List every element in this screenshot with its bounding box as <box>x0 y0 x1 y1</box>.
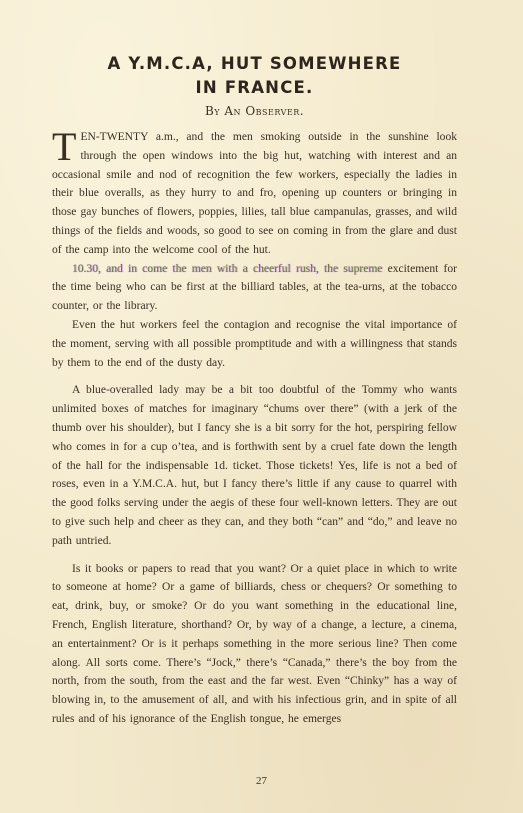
title-line-1: A Y.M.C.A, HUT SOMEWHERE <box>107 54 401 73</box>
byline: By An Observer. <box>52 104 457 118</box>
article-title: A Y.M.C.A, HUT SOMEWHERE IN FRANCE. <box>52 52 457 100</box>
highlighted-text: 10.30, and in come the men with a cheerf… <box>72 263 382 275</box>
paragraph-2: 10.30, and in come the men with a cheerf… <box>52 260 457 316</box>
paragraph-4: A blue-overalled lady may be a bit too d… <box>52 381 457 550</box>
drop-cap: T <box>52 130 76 164</box>
paragraph-5: Is it books or papers to read that you w… <box>52 560 457 729</box>
page-number: 27 <box>0 775 523 787</box>
article-body: TEN-TWENTY a.m., and the men smoking out… <box>52 128 457 729</box>
document-page: A Y.M.C.A, HUT SOMEWHERE IN FRANCE. By A… <box>52 52 457 729</box>
title-line-2: IN FRANCE. <box>196 78 314 97</box>
paragraph-3: Even the hut workers feel the contagion … <box>52 316 457 372</box>
paragraph-1: TEN-TWENTY a.m., and the men smoking out… <box>52 128 457 260</box>
